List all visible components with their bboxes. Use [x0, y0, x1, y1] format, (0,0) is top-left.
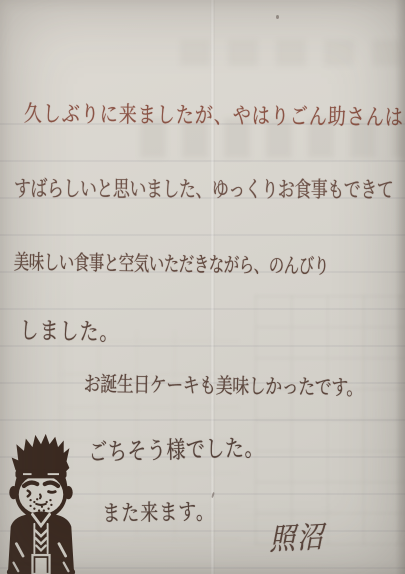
bleedthrough-grid-right [255, 295, 405, 545]
bleedthrough-band-top [180, 40, 405, 66]
handwritten-line-3: 美味しい食事と空気いただきながら、のんびり [14, 246, 329, 280]
photo-right-shadow [395, 0, 405, 574]
handwritten-line-5: お誕生日ケーキも美味しかったです。 [84, 366, 364, 401]
photo-vignette [0, 0, 405, 574]
handwritten-line-7: また来ます。 [102, 494, 215, 528]
handwritten-line-1: 久しぶりに来ましたが、やはりごん助さんは. [24, 96, 405, 133]
guestbook-photo: 久しぶりに来ましたが、やはりごん助さんは. すばらしいと思いました、ゆっくりお食… [0, 0, 405, 574]
handwritten-line-4: しました。 [19, 312, 120, 348]
signature: 照沼 [268, 513, 332, 559]
handwritten-line-6: ごちそう様でした。 [88, 429, 264, 467]
page-fold-crease [210, 0, 215, 574]
gonsuke-mascot-stamp-icon [1, 432, 81, 574]
ink-speck [276, 15, 279, 19]
handwritten-line-2: すばらしいと思いました、ゆっくりお食事もできて [14, 170, 393, 204]
